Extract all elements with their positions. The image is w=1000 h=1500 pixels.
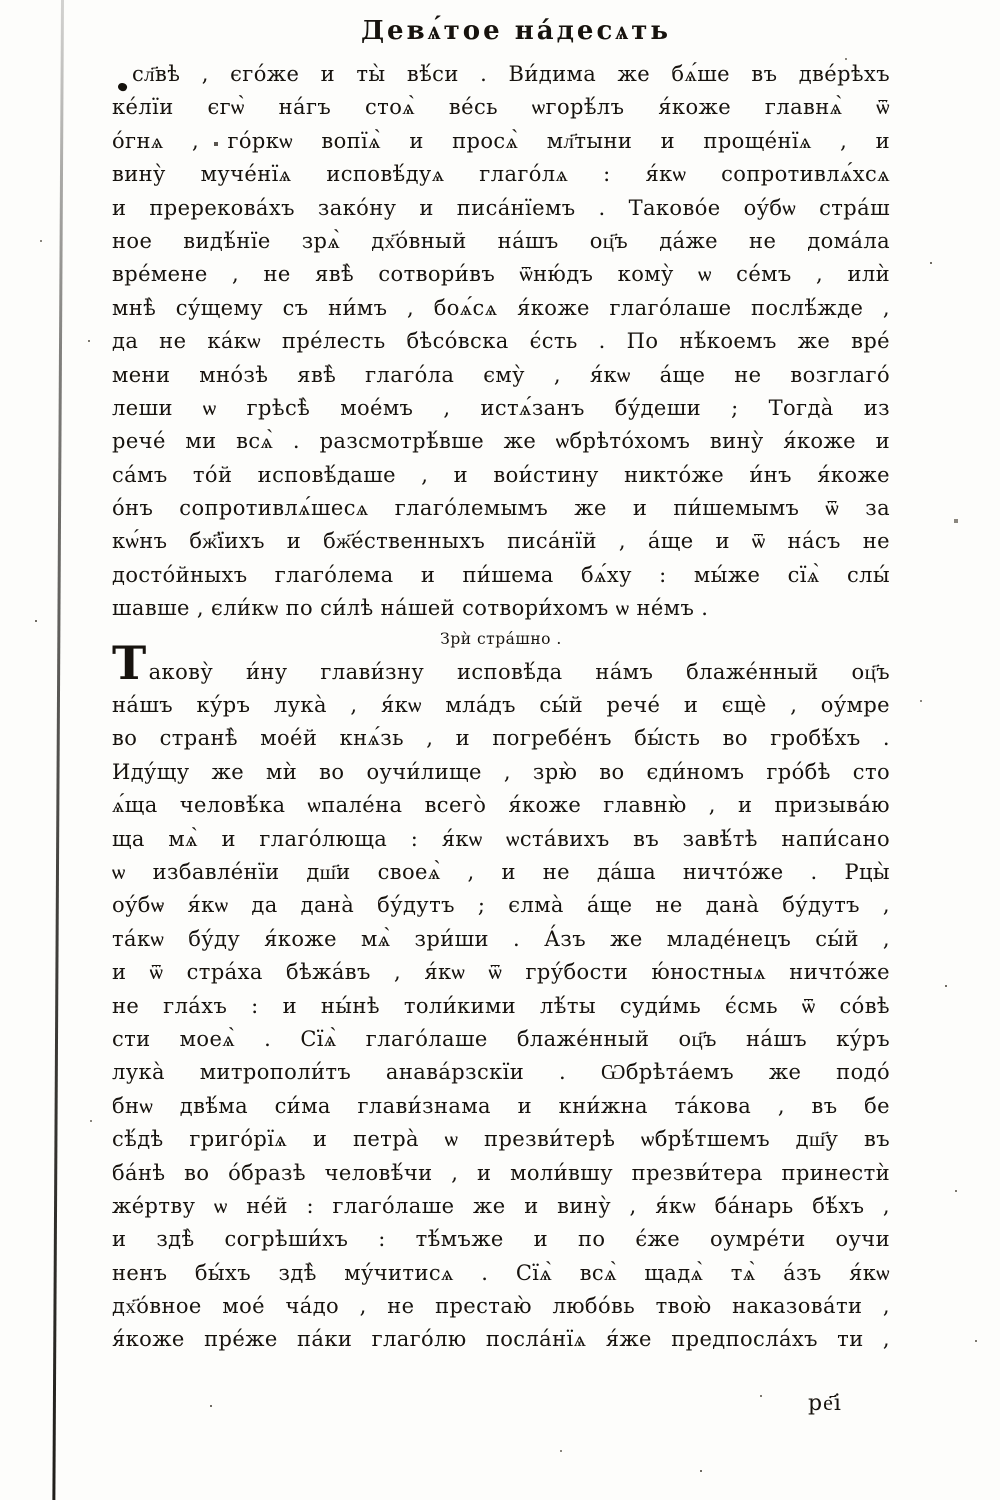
text-line: и здѣ̀ согрѣши́хъ : тѣ́мъже и по є́же оу… bbox=[112, 1223, 890, 1256]
text-line: сѣ́дѣ григо́рїѧ и петра̀ ѡ презви́терѣ ѡ… bbox=[112, 1123, 890, 1156]
text-block: сл҃вѣ , єго́же и ты̀ вѣ́си . Ви́дима же … bbox=[112, 58, 890, 1357]
text-line: и пререкова́хъ зако́ну и писа́нїемъ . Та… bbox=[112, 192, 890, 225]
text-line: ща мѧ̀ и глаго́люща : я́кѡ ѡста́вихъ въ … bbox=[112, 823, 890, 856]
margin-note: Зрѝ стра́шно . bbox=[112, 626, 890, 656]
text-line: са́мъ то́й исповѣ́даше , и вои́стину ник… bbox=[112, 459, 890, 492]
text-line: не гла́хъ : и ны́нѣ толи́кими лѣ́ты суди… bbox=[112, 990, 890, 1023]
text-line: ѡ избавле́нїи дш҃и своеѧ̀ , и не да́ша н… bbox=[112, 856, 890, 889]
text-line: леши ѡ грѣсѣ̀ мое́мъ , истѧ́занъ бу́деши… bbox=[112, 392, 890, 425]
text-line: Такову̀ и́ну глави́зну исповѣ́да на́мъ б… bbox=[112, 656, 890, 689]
text-line: вре́мене , не явѣ̀ сотвори́въ ѿню́дъ ком… bbox=[112, 258, 890, 291]
page-header-title: Девѧ́тое на́десѧть bbox=[112, 16, 920, 46]
text-line: рече́ ми всѧ̀ . разсмотрѣ́вше же ѡбрѣто́… bbox=[112, 425, 890, 458]
book-page: Девѧ́тое на́десѧть сл҃вѣ , єго́же и ты̀ … bbox=[0, 0, 1000, 1500]
text-line: мени мно́зѣ явѣ̀ глаго́ла єму̀ , я́кѡ а́… bbox=[112, 359, 890, 392]
text-line: сти моеѧ̀ . Сїѧ̀ глаго́лаше блаже́нный о… bbox=[112, 1023, 890, 1056]
text-line: кѡ́нъ бж҃їихъ и бж҃е́ственныхъ писа́нїй … bbox=[112, 525, 890, 558]
text-line: ненъ бы́хъ здѣ̀ му́читисѧ . Сїѧ̀ всѧ̀ ща… bbox=[112, 1257, 890, 1290]
text-line: шавше , єли́кѡ по си́лѣ на́шей сотвори́х… bbox=[112, 592, 890, 625]
scan-noise-specks bbox=[0, 0, 2, 2]
page-gutter-line bbox=[52, 0, 63, 1500]
drop-cap-initial: Т bbox=[112, 636, 149, 690]
text-line: я́коже пре́же па́ки глаго́лю посла́нїѧ я… bbox=[112, 1323, 890, 1356]
text-line: лука̀ митрополи́тъ анава́рзскїи . Ѡбрѣта… bbox=[112, 1056, 890, 1089]
text-line: дх҃о́вное мое́ ча́до , не престаю̀ любо́… bbox=[112, 1290, 890, 1323]
folio-number: ре҃і bbox=[808, 1390, 842, 1416]
text-line: ке́лїи єгѡ̀ на́гъ стоѧ̀ ве́сь ѡгорѣ́лъ я… bbox=[112, 91, 890, 124]
text-line: о́гнѧ , го́ркѡ вопїѧ̀ и просѧ̀ мл҃тыни и… bbox=[112, 125, 890, 158]
text-line: и ѿ стра́ха бѣжа́въ , я́кѡ ѿ гру́бости ю… bbox=[112, 956, 890, 989]
text-line: же́ртву ѡ не́й : глаго́лаше же и вину̀ ,… bbox=[112, 1190, 890, 1223]
text-line: во странѣ̀ мое́й кнѧ́зь , и погребе́нъ б… bbox=[112, 722, 890, 755]
text-line: да не ка́кѡ пре́лесть бѣсо́вска є́сть . … bbox=[112, 325, 890, 358]
text-line: бнѡ двѣ́ма си́ма глави́знама и кни́жна т… bbox=[112, 1090, 890, 1123]
text-line: Иду́щу же мѝ во оучи́лище , зрю̀ во єди́… bbox=[112, 756, 890, 789]
text-line: оу́бѡ я́кѡ да дана̀ бу́дутъ ; єлма̀ а́ще… bbox=[112, 889, 890, 922]
text-line: ѧ́ща человѣ́ка ѡпале́на всего̀ я́коже гл… bbox=[112, 789, 890, 822]
text-line: ба́нѣ во о́бразѣ человѣ́чи , и моли́вшу … bbox=[112, 1157, 890, 1190]
text-line: та́кѡ бу́ду я́коже мѧ̀ зри́ши . А́зъ же … bbox=[112, 923, 890, 956]
text-line: о́нъ сопротивлѧ́шесѧ глаго́лемымъ же и п… bbox=[112, 492, 890, 525]
text-line: вину̀ муче́нїѧ исповѣ́дуѧ глаго́лѧ : я́к… bbox=[112, 158, 890, 191]
text-line: досто́йныхъ глаго́лема и пи́шема бѧ́ху :… bbox=[112, 559, 890, 592]
text-line: ное видѣ́нїе зрѧ̀ дх҃о́вный на́шъ оц҃ъ д… bbox=[112, 225, 890, 258]
text-line: на́шъ ку́ръ лука̀ , я́кѡ мла́дъ сы́й реч… bbox=[112, 689, 890, 722]
text-line: мнѣ̀ су́щему съ ни́мъ , боѧ́сѧ я́коже гл… bbox=[112, 292, 890, 325]
text-line: сл҃вѣ , єго́же и ты̀ вѣ́си . Ви́дима же … bbox=[112, 58, 890, 91]
